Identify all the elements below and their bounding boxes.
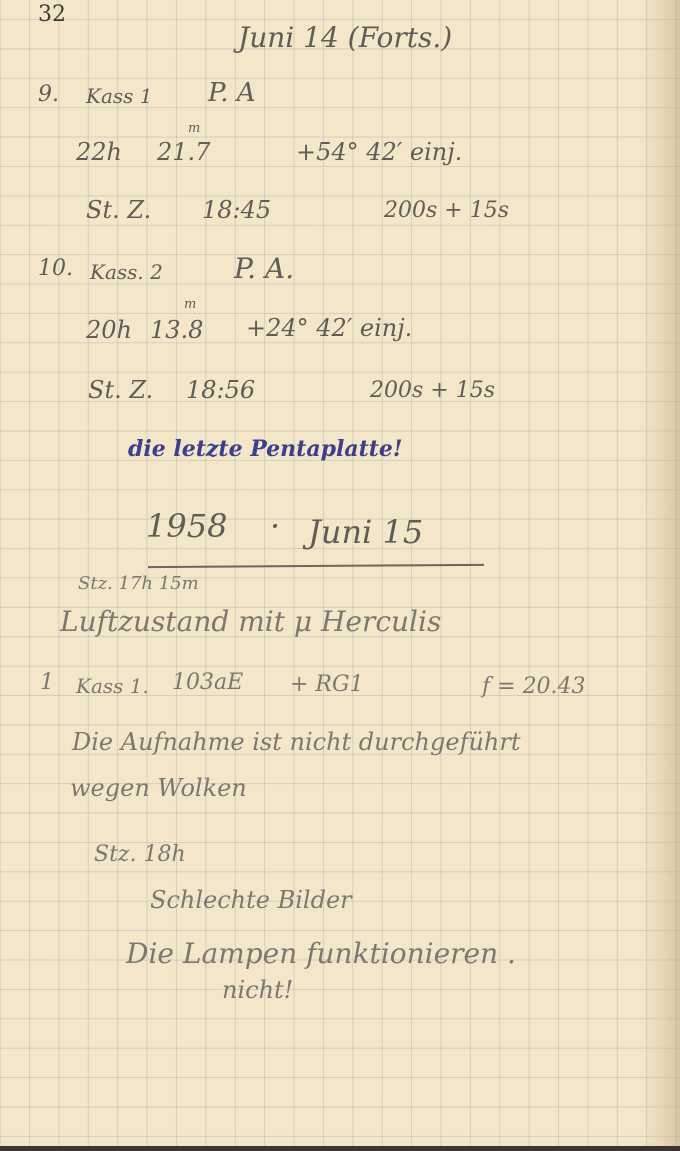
entry-exposure: 200s + 15s (384, 200, 509, 222)
entry-ra-minutes: 13.8 (150, 318, 203, 342)
lamps-note-line2: nicht! (222, 978, 293, 1002)
exposure-focus: f = 20.43 (482, 676, 586, 698)
sidereal-later-time: Stz. 18h (94, 844, 186, 866)
bad-images-note: Schlechte Bilder (150, 888, 352, 912)
new-date-day: Juni 15 (308, 516, 423, 548)
page-number: 32 (38, 4, 66, 26)
ra-minute-mark: m (188, 122, 200, 135)
exposure-cassette: Kass 1. (76, 676, 149, 696)
entry-ra-hours: 22h (76, 140, 122, 164)
entry-ra-minutes: 21.7 (157, 140, 210, 164)
new-date-separator: · (270, 510, 280, 542)
air-condition-note: Luftzustand mit μ Herculis (60, 608, 441, 636)
entry-declination: +54° 42′ einj. (296, 140, 462, 164)
ra-minute-mark: m (184, 298, 196, 311)
exposure-filter: + RG1 (290, 674, 364, 696)
entry-index: 10. (38, 258, 73, 280)
page-bottom-edge (0, 1146, 680, 1151)
entry-cassette: Kass 1 (86, 86, 152, 106)
entry-sidereal-time: 18:45 (202, 198, 271, 222)
exposure-plate: 103aE (172, 672, 243, 694)
entry-declination: +24° 42′ einj. (246, 316, 412, 340)
entry-sidereal-time: 18:56 (186, 378, 255, 402)
page-header-date: Juni 14 (Forts.) (238, 24, 452, 52)
date-underline (148, 564, 484, 568)
entry-mode: P. A (208, 80, 256, 106)
entry-sidereal-label: St. Z. (86, 198, 151, 222)
clouds-note-line1: Die Aufnahme ist nicht durchgeführt (72, 730, 520, 754)
entry-index: 9. (38, 84, 59, 106)
blue-ink-note: die letzte Pentaplatte! (128, 438, 403, 460)
sidereal-start-time: Stz. 17h 15m (78, 575, 199, 593)
entry-mode: P. A. (234, 255, 294, 283)
entry-cassette: Kass. 2 (90, 262, 163, 282)
exposure-index: 1 (40, 672, 54, 694)
entry-exposure: 200s + 15s (370, 380, 495, 402)
clouds-note-line2: wegen Wolken (70, 776, 247, 800)
entry-sidereal-label: St. Z. (88, 378, 153, 402)
notebook-page: 32 Juni 14 (Forts.) 9. Kass 1 P. A m 22h… (0, 0, 680, 1151)
entry-ra-hours: 20h (86, 318, 132, 342)
new-date-year: 1958 (146, 510, 227, 542)
lamps-note-line1: Die Lampen funktionieren . (126, 940, 516, 968)
